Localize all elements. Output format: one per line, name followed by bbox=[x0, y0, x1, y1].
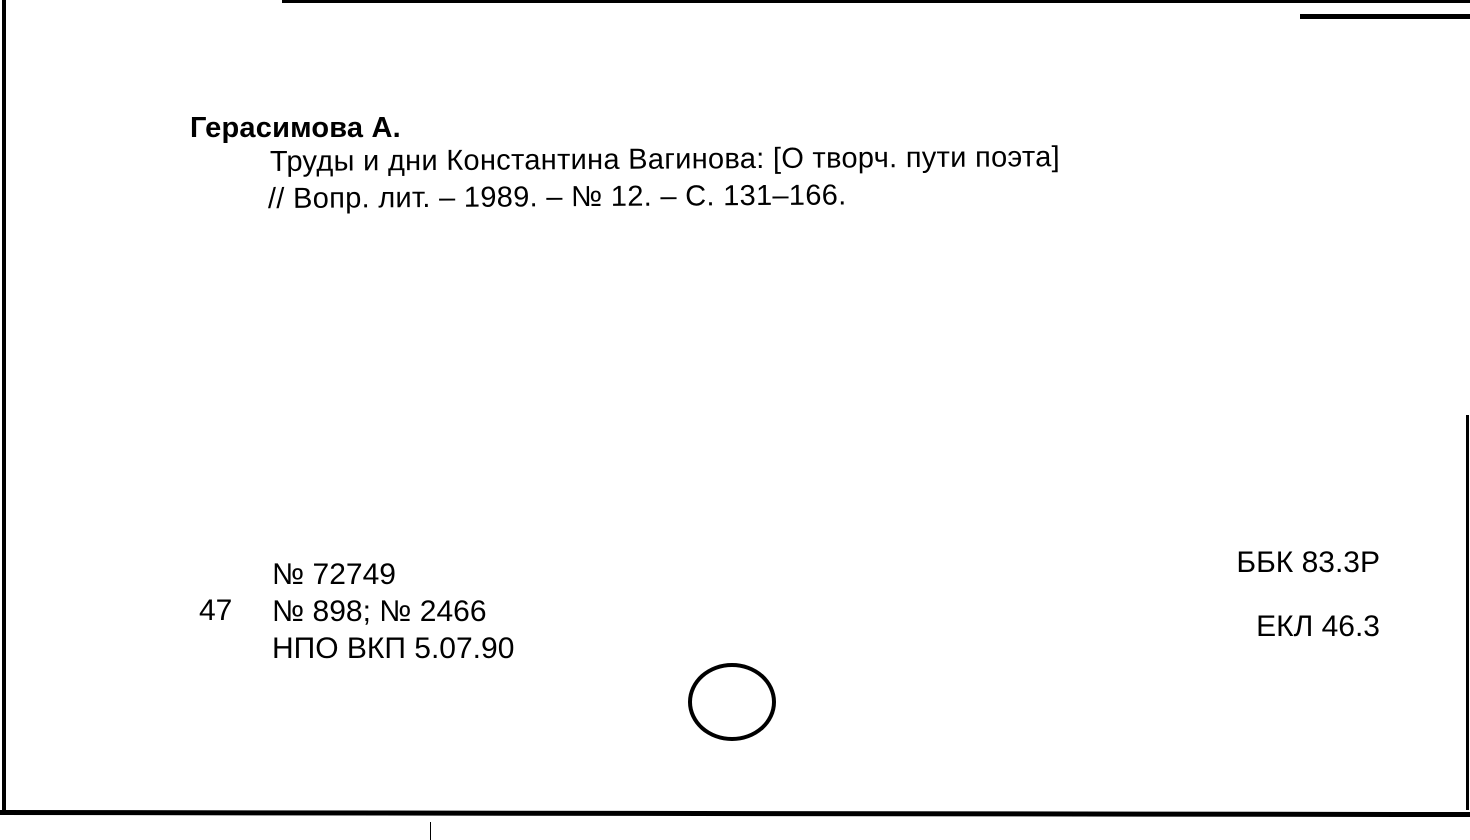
author-heading: Герасимова А. bbox=[190, 112, 401, 145]
card-edge-left bbox=[2, 0, 6, 812]
card-edge-bottom bbox=[0, 810, 1470, 817]
card-edge-top-right bbox=[1300, 14, 1470, 19]
inventory-line: № 898; № 2466 bbox=[272, 593, 514, 630]
catalog-card: Герасимова А. Труды и дни Константина Ва… bbox=[0, 0, 1470, 840]
card-edge-top bbox=[282, 0, 1470, 3]
inventory-line: НПО ВКП 5.07.90 bbox=[272, 630, 514, 667]
card-edge-right bbox=[1466, 415, 1469, 810]
shelf-mark: 47 bbox=[199, 594, 232, 628]
inventory-numbers: № 72749 № 898; № 2466 НПО ВКП 5.07.90 bbox=[272, 556, 514, 667]
inventory-line: № 72749 bbox=[272, 556, 514, 593]
punch-hole-icon bbox=[688, 663, 776, 741]
card-edge-tick bbox=[430, 822, 431, 840]
work-title: Труды и дни Константина Вагинова: [О тво… bbox=[270, 141, 1060, 179]
bbk-code: ББК 83.3Р bbox=[1236, 546, 1380, 580]
ekl-code: ЕКЛ 46.3 bbox=[1236, 610, 1380, 644]
source-citation: // Вопр. лит. – 1989. – № 12. – С. 131–1… bbox=[268, 179, 847, 216]
classification-codes: ББК 83.3Р ЕКЛ 46.3 bbox=[1236, 546, 1380, 644]
